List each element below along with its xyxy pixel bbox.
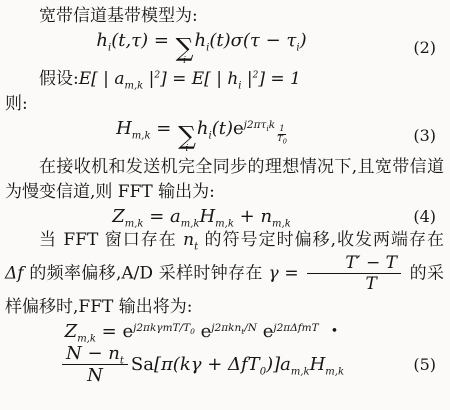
equation-5-line1-body: Zm,k = ej2πkγmT/T0 ej2πknt/N ej2πΔfmT• [5,321,398,342]
equation-number: (4) [398,207,444,226]
math-token: h [96,30,108,51]
math-token: h [195,30,207,51]
math-subscript: t [120,355,124,366]
fraction-numerator: N − nt [62,343,128,366]
math-token: j2πkγmT/T [133,322,190,334]
text-run: 的频率偏移,A/D 采样时钟存在 [24,263,269,283]
paragraph-intro: 宽带信道基带模型为: [5,4,444,29]
fraction-denominator: N [87,365,103,387]
math-token: a [280,354,291,375]
fraction-numerator: T′ − T [307,253,401,274]
math-token: j2πkn [211,322,241,334]
math-token: a [170,206,181,227]
math-token: E[ | [79,69,109,89]
math-token: h [197,118,209,139]
fraction-denominator: T0 [277,135,287,144]
summation-symbol: ∑i [178,125,196,154]
math-token: (t,τ) = [111,30,174,51]
math-token: h [227,69,238,89]
math-token: [π(kγ + ΔfT [154,354,260,375]
inline-fraction: T′ − TT [307,253,401,295]
math-subscript: m,k [291,366,310,377]
math-token: ] = 1 [258,69,301,89]
continuation-dot: • [331,324,339,339]
math-token: H [199,206,215,227]
fraction-denominator: T [331,274,376,294]
math-token: = [151,118,178,139]
text-run: 的符号定时偏移,收发两端存在 [198,230,444,250]
math-token: + [234,206,261,227]
summation-symbol: ∑i [176,37,194,66]
math-token: /N [244,322,257,334]
math-token: e [233,118,244,139]
sigma-glyph: ∑ [178,125,196,146]
math-token: e [263,321,274,342]
assumption-line: 假设:E[ | am,k |2] = E[ | hi |2] = 1 [5,67,444,92]
assumption-label: 假设: [39,69,79,89]
math-exponent: j2πτik1T0 [244,119,287,131]
equation-number: (3) [398,126,444,145]
equation-5-line2: N − ntNSa[π(kγ + ΔfT0)]am,kHm,k (5) [5,343,444,387]
summation-index: i [186,146,189,154]
math-token: e [122,321,133,342]
equation-4-body: Zm,k = am,kHm,k + nm,k [5,206,398,227]
math-token: a [114,69,124,89]
math-token: H [116,118,132,139]
math-token: = [143,206,170,227]
math-token: γ = [268,263,304,283]
equation-3-body: Hm,k = ∑ihi(t)ej2πτik1T0 [5,118,398,154]
math-token: Δf [5,263,24,283]
equation-5-line2-body: N − ntNSa[π(kγ + ΔfT0)]am,kHm,k [5,343,398,387]
math-token: ] = E[ | [160,69,222,89]
math-token: N − n [66,343,120,364]
equation-2-body: hi(t,τ) = ∑ihi(t)σ(τ − τi) [5,30,398,66]
sigma-glyph: ∑ [176,37,194,58]
math-token: ) [300,30,307,51]
equation-4: Zm,k = am,kHm,k + nm,k (4) [5,206,444,227]
math-token: Z [112,206,125,227]
offset-paragraph: 当 FFT 窗口存在 nt 的符号定时偏移,收发两端存在 Δf 的频率偏移,A/… [5,228,444,320]
math-subscript: 0 [190,327,195,336]
equation-2: hi(t,τ) = ∑ihi(t)σ(τ − τi) (2) [5,30,444,66]
math-token: n [183,230,194,250]
fraction: N − ntN [62,343,128,387]
document-page: 宽带信道基带模型为: hi(t,τ) = ∑ihi(t)σ(τ − τi) (2… [0,0,450,410]
math-exponent: j2πΔfmT [273,322,318,334]
math-token: (t)σ(τ − τ [209,30,296,51]
equation-5-line1: Zm,k = ej2πkγmT/T0 ej2πknt/N ej2πΔfmT• [5,321,444,342]
equation-number: (5) [398,355,444,374]
math-token: (t) [212,118,233,139]
assumption-math: E[ | am,k |2] = E[ | hi |2] = 1 [79,69,301,89]
math-token: e [201,321,212,342]
equation-number: (2) [398,38,444,57]
math-exponent: j2πkγmT/T0 [133,322,195,334]
equation-3: Hm,k = ∑ihi(t)ej2πτik1T0 (3) [5,118,444,154]
math-token: = [96,321,123,342]
math-token: n [260,206,272,227]
math-subscript: 0 [283,138,287,146]
math-token: Z [65,321,78,342]
math-subscript: m,k [132,130,151,141]
math-token: Sa [131,354,154,375]
math-token: )] [266,354,280,375]
math-token: j2πτ [244,119,267,131]
sync-paragraph: 在接收机和发送机完全同步的理想情况下,且宽带信道为慢变信道,则 FFT 输出为: [5,155,444,205]
text-run: 当 FFT 窗口存在 [39,230,183,250]
math-token: H [310,354,326,375]
math-subscript: m,k [325,366,344,377]
summation-index: i [183,58,186,66]
math-subscript: m,k [124,80,143,91]
small-fraction: 1T0 [277,125,287,145]
then-label: 则: [5,92,444,117]
math-subscript: i [238,80,241,91]
math-token: k [269,119,275,131]
math-exponent: j2πknt/N [211,322,257,334]
